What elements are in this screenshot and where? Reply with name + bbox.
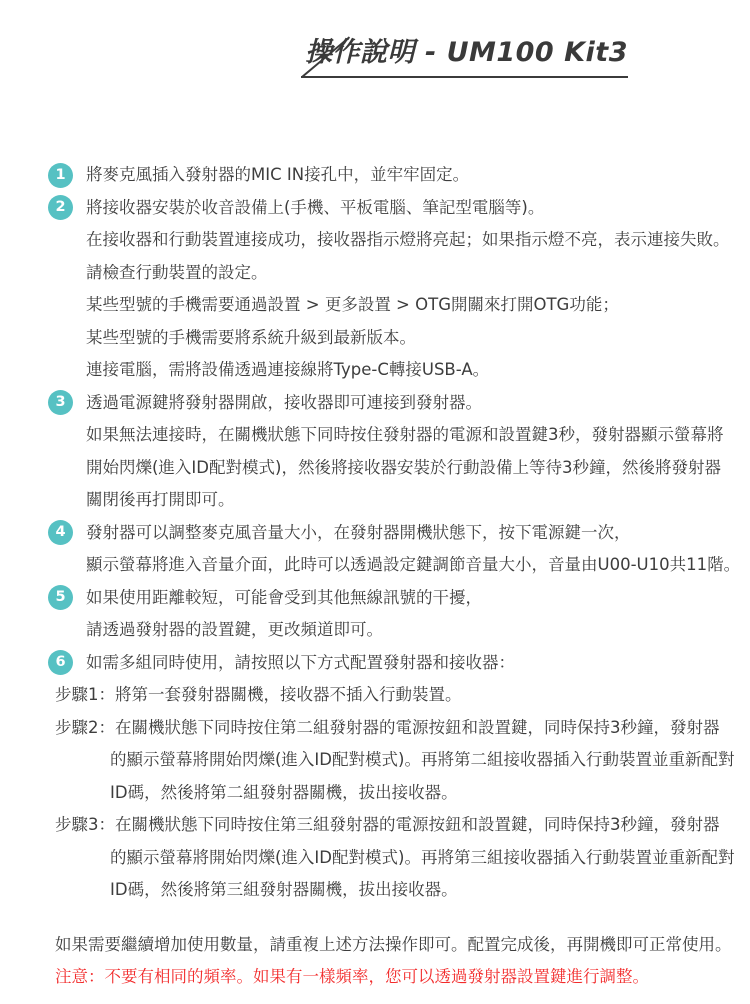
substep-continuation-line: ID碼，然後將第二組發射器關機，拔出接收器。 <box>48 777 720 810</box>
step-row: 5如果使用距離較短，可能會受到其他無線訊號的干擾， <box>48 582 720 615</box>
step-continuation-line: 某些型號的手機需要將系統升級到最新版本。 <box>48 322 720 355</box>
step-text: 將麥克風插入發射器的MIC IN接孔中，並牢牢固定。 <box>86 159 469 192</box>
substep-line: 步驟2：在關機狀態下同時按住第二組發射器的電源按鈕和設置鍵，同時保持3秒鐘，發射… <box>48 712 720 745</box>
instruction-page: 操作說明 - UM100 Kit3 1將麥克風插入發射器的MIC IN接孔中，並… <box>0 0 750 1004</box>
step-continuation-line: 請透過發射器的設置鍵，更改頻道即可。 <box>48 614 720 647</box>
step-continuation-line: 請檢查行動裝置的設定。 <box>48 257 720 290</box>
step-continuation-line: 在接收器和行動裝置連接成功，接收器指示燈將亮起；如果指示燈不亮，表示連接失敗。 <box>48 224 720 257</box>
footer-text: 如果需要繼續增加使用數量，請重複上述方法操作即可。配置完成後，再開機即可正常使用… <box>48 929 720 962</box>
step-row: 4發射器可以調整麥克風音量大小，在發射器開機狀態下，按下電源鍵一次， <box>48 517 720 550</box>
step-continuation-line: 連接電腦，需將設備透過連接線將Type-C轉接USB-A。 <box>48 354 720 387</box>
step-number-badge: 5 <box>48 585 73 610</box>
step-number-badge: 4 <box>48 520 73 545</box>
step-number-badge: 1 <box>48 163 73 188</box>
instructions-list: 1將麥克風插入發射器的MIC IN接孔中，並牢牢固定。2將接收器安裝於收音設備上… <box>48 159 720 994</box>
step-row: 2將接收器安裝於收音設備上(手機、平板電腦、筆記型電腦等)。 <box>48 192 720 225</box>
step-number-badge: 3 <box>48 390 73 415</box>
step-continuation-line: 顯示螢幕將進入音量介面，此時可以透過設定鍵調節音量大小，音量由U00-U10共1… <box>48 549 720 582</box>
step-number-badge: 6 <box>48 650 73 675</box>
header-underline <box>301 76 628 78</box>
substep-continuation-line: 的顯示螢幕將開始閃爍(進入ID配對模式)。再將第三組接收器插入行動裝置並重新配對 <box>48 842 720 875</box>
substep-continuation-line: 的顯示螢幕將開始閃爍(進入ID配對模式)。再將第二組接收器插入行動裝置並重新配對 <box>48 744 720 777</box>
step-number-badge: 2 <box>48 195 73 220</box>
step-continuation-line: 如果無法連接時，在關機狀態下同時按住發射器的電源和設置鍵3秒，發射器顯示螢幕將 <box>48 419 720 452</box>
step-text: 如果使用距離較短，可能會受到其他無線訊號的干擾， <box>86 582 482 615</box>
substep-continuation-line: ID碼，然後將第三組發射器關機，拔出接收器。 <box>48 874 720 907</box>
step-continuation-line: 開始閃爍(進入ID配對模式)，然後將接收器安裝於行動設備上等待3秒鐘，然後將發射… <box>48 452 720 485</box>
step-continuation-line: 某些型號的手機需要通過設置 > 更多設置 > OTG開關來打開OTG功能； <box>48 289 720 322</box>
step-text: 透過電源鍵將發射器開啟，接收器即可連接到發射器。 <box>86 387 482 420</box>
step-text: 發射器可以調整麥克風音量大小，在發射器開機狀態下，按下電源鍵一次， <box>86 517 631 550</box>
substep-line: 步驟3：在關機狀態下同時按住第三組發射器的電源按鈕和設置鍵，同時保持3秒鐘，發射… <box>48 809 720 842</box>
warning-note: 注意：不要有相同的頻率。如果有一樣頻率，您可以透過發射器設置鍵進行調整。 <box>48 961 720 994</box>
footer-block: 如果需要繼續增加使用數量，請重複上述方法操作即可。配置完成後，再開機即可正常使用… <box>48 929 720 994</box>
step-text: 如需多組同時使用，請按照以下方式配置發射器和接收器： <box>86 647 515 680</box>
step-row: 6如需多組同時使用，請按照以下方式配置發射器和接收器： <box>48 647 720 680</box>
page-title: 操作說明 - UM100 Kit3 <box>305 30 628 69</box>
substep-line: 步驟1：將第一套發射器關機，接收器不插入行動裝置。 <box>48 679 720 712</box>
step-text: 將接收器安裝於收音設備上(手機、平板電腦、筆記型電腦等)。 <box>86 192 544 225</box>
step-row: 1將麥克風插入發射器的MIC IN接孔中，並牢牢固定。 <box>48 159 720 192</box>
step-continuation-line: 關閉後再打開即可。 <box>48 484 720 517</box>
step-row: 3透過電源鍵將發射器開啟，接收器即可連接到發射器。 <box>48 387 720 420</box>
